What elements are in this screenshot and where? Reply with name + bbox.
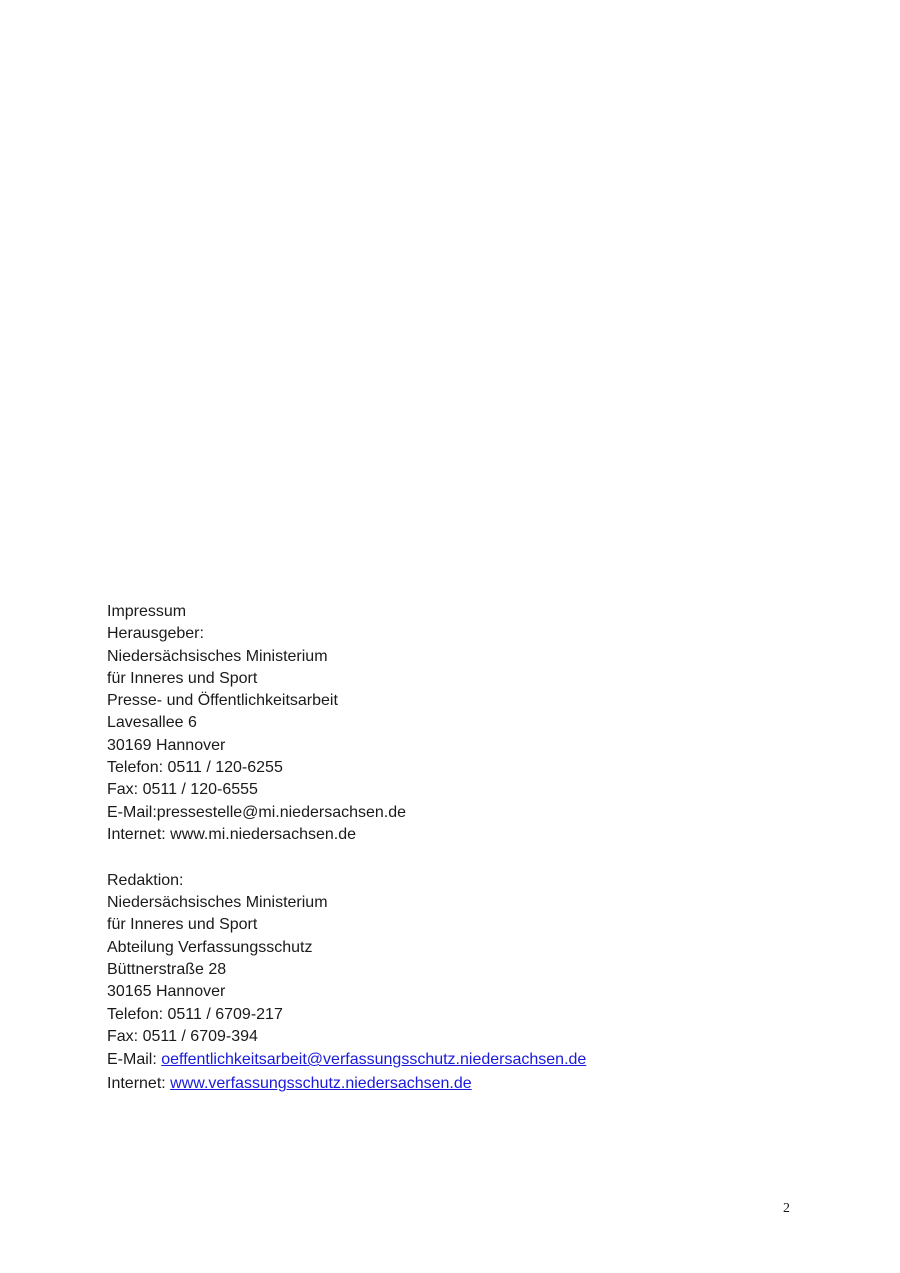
publisher-internet: Internet: www.mi.niedersachsen.de	[107, 824, 586, 846]
publisher-email: E-Mail:pressestelle@mi.niedersachsen.de	[107, 802, 586, 824]
impressum-heading: Impressum	[107, 601, 586, 623]
editorial-org-line2: für Inneres und Sport	[107, 914, 586, 936]
editorial-email-line: E-Mail: oeffentlichkeitsarbeit@verfassun…	[107, 1049, 586, 1071]
impressum-block: Impressum Herausgeber: Niedersächsisches…	[107, 601, 586, 1096]
editorial-email-link[interactable]: oeffentlichkeitsarbeit@verfassungsschutz…	[161, 1051, 586, 1068]
publisher-city: 30169 Hannover	[107, 735, 586, 757]
publisher-street: Lavesallee 6	[107, 712, 586, 734]
editorial-internet-link[interactable]: www.verfassungsschutz.niedersachsen.de	[170, 1075, 472, 1092]
publisher-org-line2: für Inneres und Sport	[107, 668, 586, 690]
document-page: Impressum Herausgeber: Niedersächsisches…	[0, 0, 900, 1273]
editorial-org-line1: Niedersächsisches Ministerium	[107, 892, 586, 914]
publisher-label: Herausgeber:	[107, 623, 586, 645]
editorial-phone: Telefon: 0511 / 6709-217	[107, 1004, 586, 1026]
editorial-internet-line: Internet: www.verfassungsschutz.niedersa…	[107, 1073, 586, 1095]
publisher-org-line1: Niedersächsisches Ministerium	[107, 646, 586, 668]
page-number: 2	[783, 1201, 790, 1217]
publisher-phone: Telefon: 0511 / 120-6255	[107, 757, 586, 779]
editorial-city: 30165 Hannover	[107, 981, 586, 1003]
publisher-department: Presse- und Öffentlichkeitsarbeit	[107, 690, 586, 712]
publisher-fax: Fax: 0511 / 120-6555	[107, 779, 586, 801]
section-spacer	[107, 846, 586, 870]
editorial-label: Redaktion:	[107, 870, 586, 892]
editorial-email-label: E-Mail:	[107, 1051, 161, 1068]
editorial-fax: Fax: 0511 / 6709-394	[107, 1026, 586, 1048]
editorial-department: Abteilung Verfassungsschutz	[107, 937, 586, 959]
editorial-internet-label: Internet:	[107, 1075, 170, 1092]
editorial-street: Büttnerstraße 28	[107, 959, 586, 981]
